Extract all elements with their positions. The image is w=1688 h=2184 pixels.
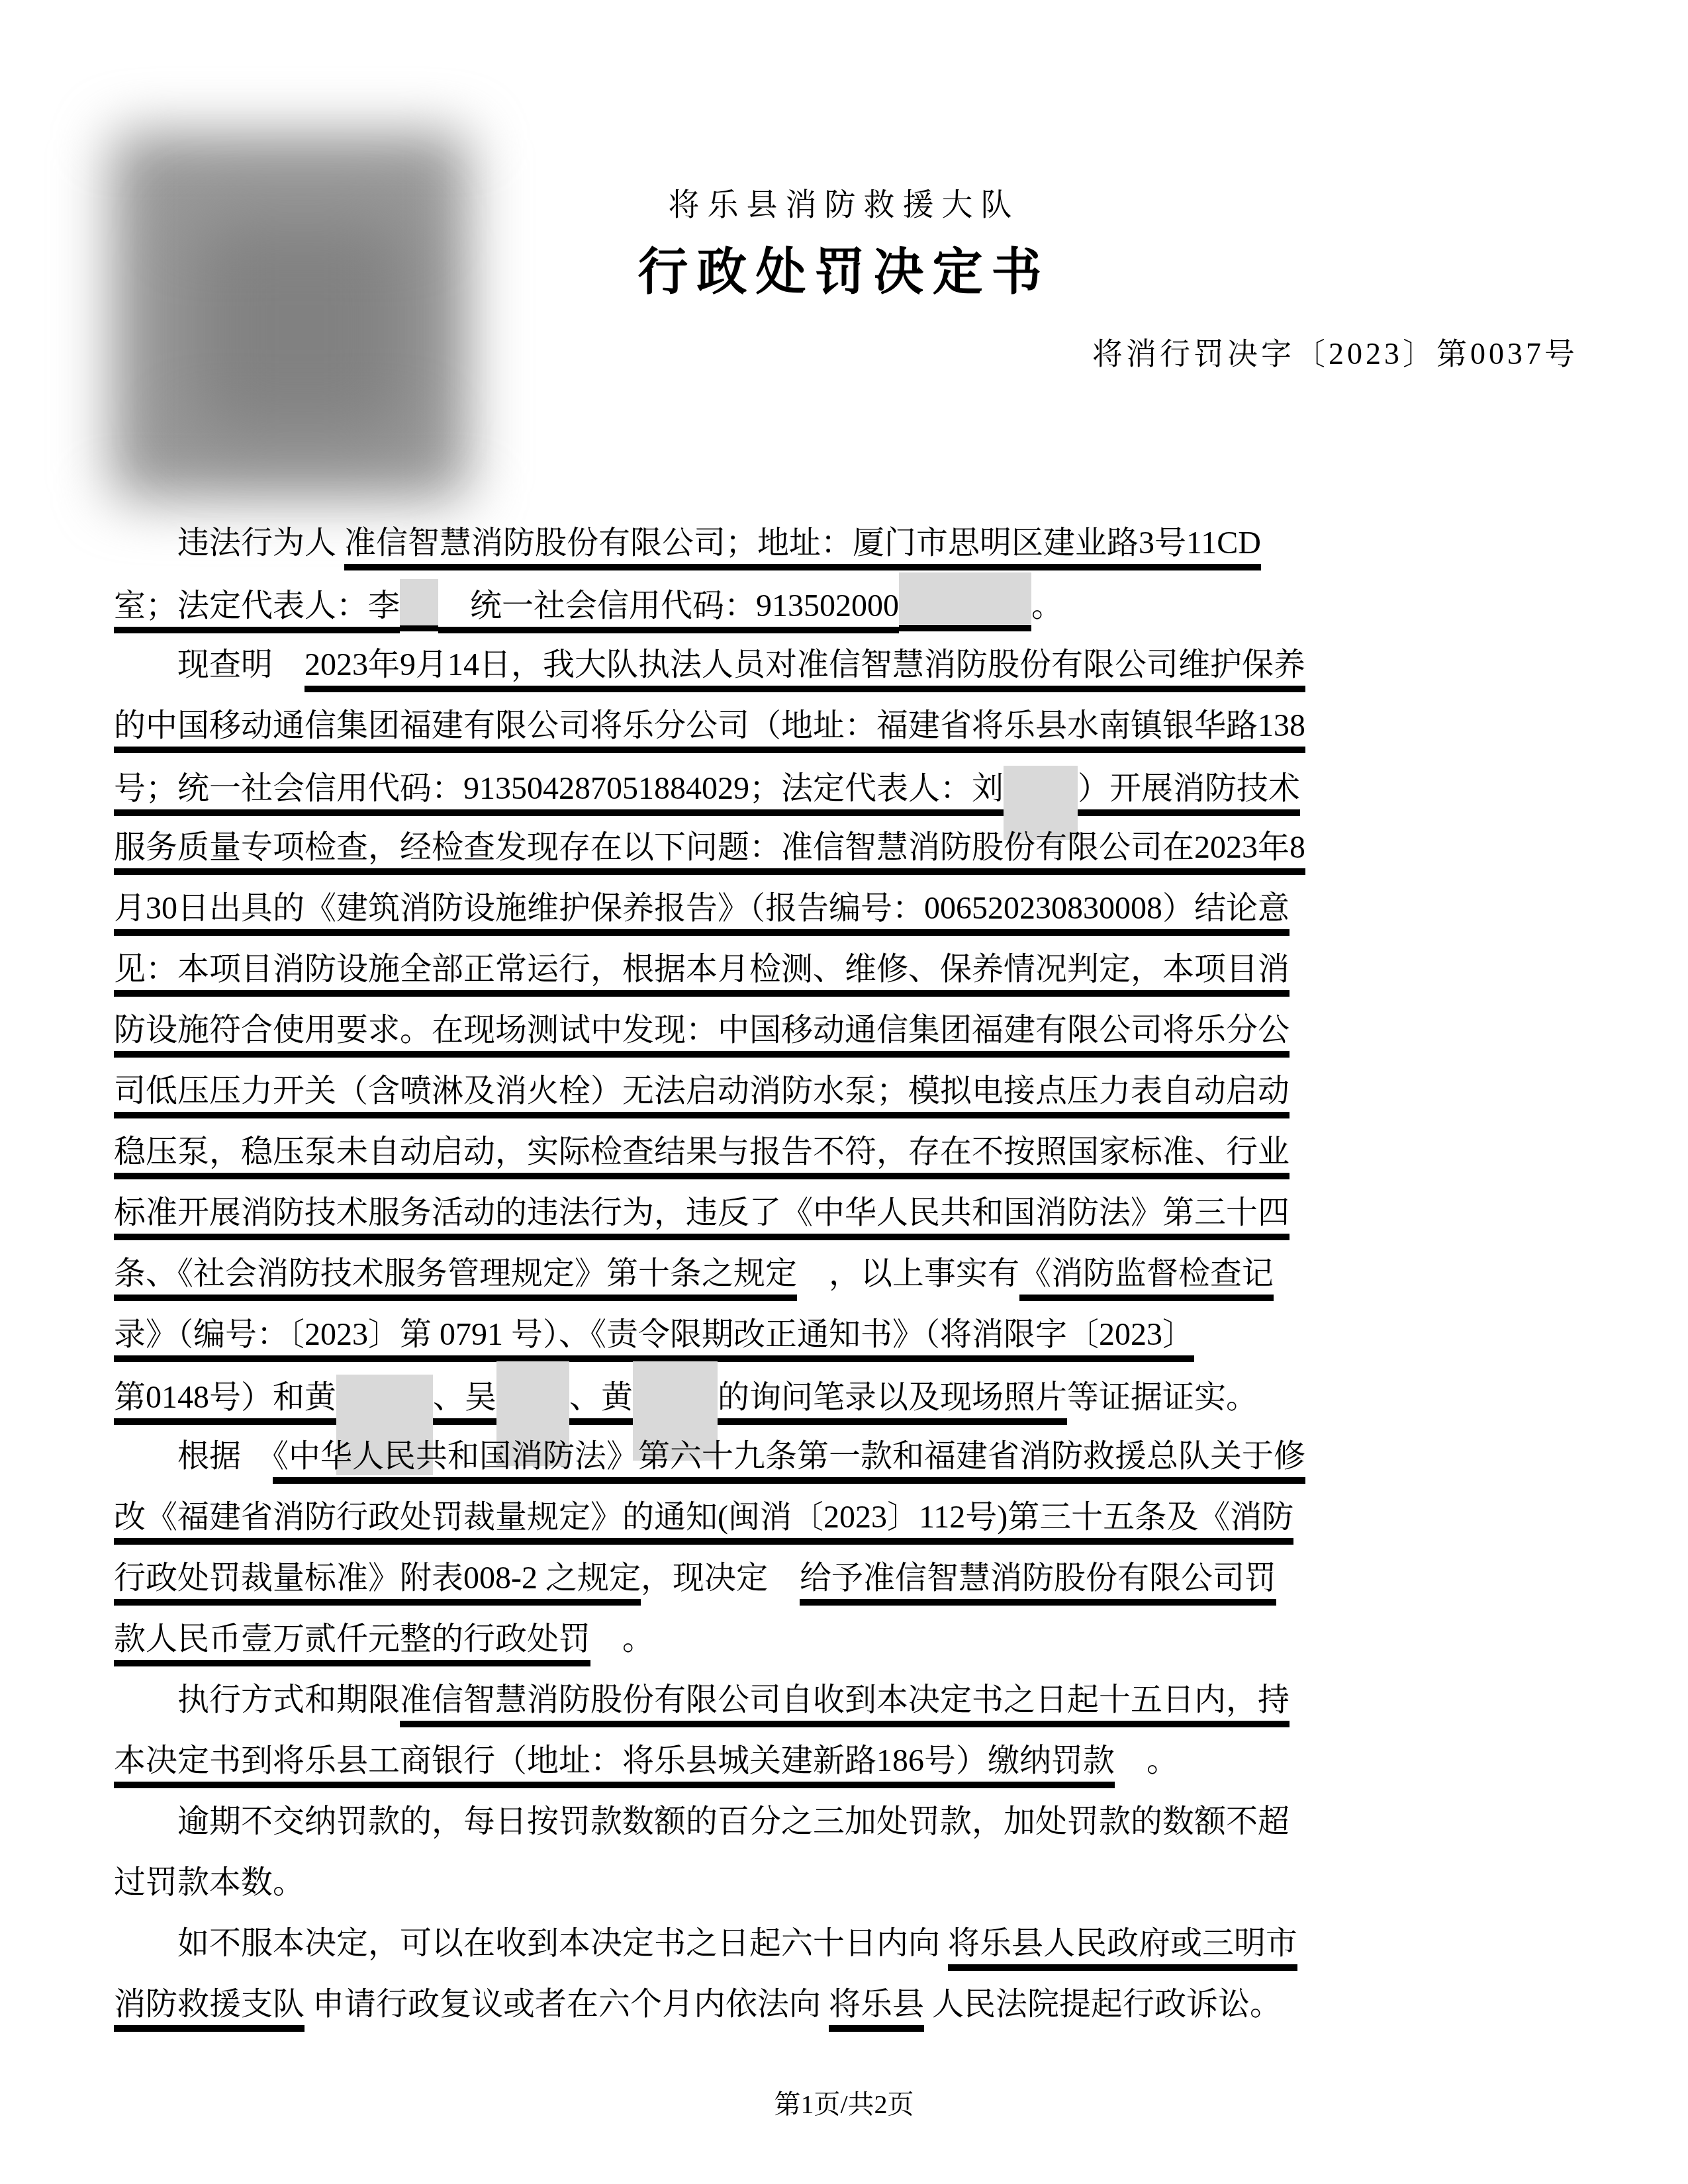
text-line: 服务质量专项检查，经检查发现存在以下问题：准信智慧消防股份有限公司在2023年8 [114,829,1578,889]
text-segment: 现查明 [177,647,305,682]
text-segment: 。 [590,1621,654,1657]
text-segment: 2023年9月14日，我大队执法人员对准信智慧消防股份有限公司维护保养 [305,647,1305,692]
text-segment: ）开展消防技术 [1078,771,1300,816]
text-segment: 标准开展消防技术服务活动的违法行为，违反了《中华人民共和国消防法》第三十四 [114,1195,1289,1240]
text-segment: 防设施符合使用要求。在现场测试中发现：中国移动通信集团福建有限公司将乐分公 [114,1013,1289,1058]
text-segment: 申请行政复议或者在六个月内依法向 [305,1987,829,2022]
text-segment: 服务质量专项检查，经检查发现存在以下问题：准信智慧消防股份有限公司在2023年8 [114,830,1305,875]
text-segment: 室；法定代表人：李 [114,588,400,633]
text-line: 录》（编号：〔2023〕第 0791 号）、《责令限期改正通知书》（将消限字〔2… [114,1316,1578,1377]
document-page: 将乐县消防救援大队 行政处罚决定书 将消行罚决字〔2023〕第0037号 违法行… [0,0,1688,2184]
redaction-box [336,1380,433,1423]
text-line: 防设施符合使用要求。在现场测试中发现：中国移动通信集团福建有限公司将乐分公 [114,1011,1578,1072]
text-segment: 准信智慧消防股份有限公司；地址：厦门市思明区建业路3号11CD [344,525,1261,570]
text-line: 号；统一社会信用代码：913504287051884029；法定代表人：刘）开展… [114,768,1578,829]
redaction-box [496,1380,569,1423]
text-line: 改《福建省消防行政处罚裁量规定》的通知(闽消〔2023〕112号)第三十五条及《… [114,1498,1578,1559]
text-segment: 将乐县 [829,1987,924,2032]
text-line: 违法行为人 准信智慧消防股份有限公司；地址：厦门市思明区建业路3号11CD [114,524,1578,585]
text-segment: 、黄 [569,1380,633,1425]
text-line: 逾期不交纳罚款的，每日按罚款数额的百分之三加处罚款，加处罚款的数额不超 [114,1803,1578,1864]
text-segment: 录》（编号：〔2023〕第 0791 号）、《责令限期改正通知书》（将消限字〔2… [114,1317,1194,1362]
text-segment: 统一社会信用代码：913502000 [438,588,899,633]
text-line: 见：本项目消防设施全部正常运行，根据本月检测、维修、保养情况判定，本项目消 [114,950,1578,1011]
text-segment: 《中华人民共和国消防法》第六十九条第一款和福建省消防救援总队关于修 [273,1439,1305,1484]
text-segment: 月30日出具的《建筑消防设施维护保养报告》（报告编号：0065202308300… [114,891,1289,936]
text-segment: 的中国移动通信集团福建有限公司将乐分公司（地址：福建省将乐县水南镇银华路138 [114,708,1305,753]
redaction-box [400,588,438,631]
document-body: 违法行为人 准信智慧消防股份有限公司；地址：厦门市思明区建业路3号11CD室；法… [114,524,1578,2046]
text-line: 现查明 2023年9月14日，我大队执法人员对准信智慧消防股份有限公司维护保养 [114,646,1578,707]
text-segment: 号；统一社会信用代码：913504287051884029；法定代表人：刘 [114,771,1004,816]
text-line: 室；法定代表人：李 统一社会信用代码：913502000。 [114,585,1578,646]
page-indicator: 第1页/共2页 [0,2083,1688,2121]
text-line: 根据 《中华人民共和国消防法》第六十九条第一款和福建省消防救援总队关于修 [114,1437,1578,1498]
text-line: 款人民币壹万贰仟元整的行政处罚 。 [114,1620,1578,1681]
text-line: 本决定书到将乐县工商银行（地址：将乐县城关建新路186号）缴纳罚款 。 [114,1742,1578,1803]
text-segment: 人民法院提起行政诉讼。 [924,1987,1282,2022]
text-segment: 条、《社会消防技术服务管理规定》第十条之规定 [114,1256,797,1301]
text-segment: 。 [1031,588,1063,623]
text-line: 司低压压力开关（含喷淋及消火栓）无法启动消防水泵；模拟电接点压力表自动启动 [114,1072,1578,1133]
issuing-authority: 将乐县消防救援大队 [0,180,1688,224]
text-segment: 司低压压力开关（含喷淋及消火栓）无法启动消防水泵；模拟电接点压力表自动启动 [114,1073,1289,1118]
text-line: 第0148号）和黄、吴、黄的询问笔录以及现场照片等证据证实。 [114,1377,1578,1437]
text-segment: 改《福建省消防行政处罚裁量规定》的通知(闽消〔2023〕112号)第三十五条及《… [114,1500,1293,1545]
text-line: 执行方式和期限准信智慧消防股份有限公司自收到本决定书之日起十五日内，持 [114,1681,1578,1742]
document-number: 将消行罚决字〔2023〕第0037号 [0,330,1578,373]
text-segment: 违法行为人 [177,525,344,561]
text-segment: 给予准信智慧消防股份有限公司罚 [800,1561,1276,1606]
text-segment: 稳压泵，稳压泵未自动启动，实际检查结果与报告不符，存在不按照国家标准、行业 [114,1134,1289,1179]
redaction-box [899,588,1031,631]
text-segment: 本决定书到将乐县工商银行（地址：将乐县城关建新路186号）缴纳罚款 [114,1743,1115,1788]
text-line: 月30日出具的《建筑消防设施维护保养报告》（报告编号：0065202308300… [114,889,1578,950]
text-line: 如不服本决定，可以在收到本决定书之日起六十日内向 将乐县人民政府或三明市 [114,1925,1578,1985]
text-segment: ，现决定 [641,1561,800,1596]
text-segment: ，以上事实有 [797,1256,1019,1291]
text-segment: 过罚款本数。 [114,1865,305,1900]
text-segment: 准信智慧消防股份有限公司自收到本决定书之日起十五日内，持 [400,1682,1289,1727]
document-title: 行政处罚决定书 [0,232,1688,304]
text-segment: 将乐县人民政府或三明市 [948,1926,1297,1971]
redaction-box [633,1380,718,1423]
text-segment: 执行方式和期限 [177,1682,400,1717]
text-line: 标准开展消防技术服务活动的违法行为，违反了《中华人民共和国消防法》第三十四 [114,1194,1578,1255]
text-line: 条、《社会消防技术服务管理规定》第十条之规定 ，以上事实有《消防监督检查记 [114,1255,1578,1316]
text-segment: 如不服本决定，可以在收到本决定书之日起六十日内向 [177,1926,948,1961]
text-segment: 。 [1115,1743,1178,1778]
text-line: 行政处罚裁量标准》附表008-2 之规定，现决定 给予准信智慧消防股份有限公司罚 [114,1559,1578,1620]
text-segment: 根据 [177,1439,273,1474]
text-segment: 《消防监督检查记 [1019,1256,1274,1301]
text-segment: 的询问笔录以及现场照片 [718,1380,1067,1425]
redaction-box [1004,771,1078,814]
text-segment: 逾期不交纳罚款的，每日按罚款数额的百分之三加处罚款，加处罚款的数额不超 [177,1804,1289,1839]
text-line: 过罚款本数。 [114,1864,1578,1925]
text-line: 的中国移动通信集团福建有限公司将乐分公司（地址：福建省将乐县水南镇银华路138 [114,707,1578,768]
text-segment: 消防救援支队 [114,1987,305,2032]
text-line: 稳压泵，稳压泵未自动启动，实际检查结果与报告不符，存在不按照国家标准、行业 [114,1133,1578,1194]
text-segment: 等证据证实。 [1067,1380,1258,1415]
text-segment: 行政处罚裁量标准》附表008-2 之规定 [114,1561,641,1606]
text-segment: 款人民币壹万贰仟元整的行政处罚 [114,1621,590,1666]
text-segment: 见：本项目消防设施全部正常运行，根据本月检测、维修、保养情况判定，本项目消 [114,952,1289,997]
text-segment: 第0148号）和黄 [114,1380,336,1425]
text-segment: 、吴 [433,1380,496,1425]
text-line: 消防救援支队 申请行政复议或者在六个月内依法向 将乐县 人民法院提起行政诉讼。 [114,1985,1578,2046]
